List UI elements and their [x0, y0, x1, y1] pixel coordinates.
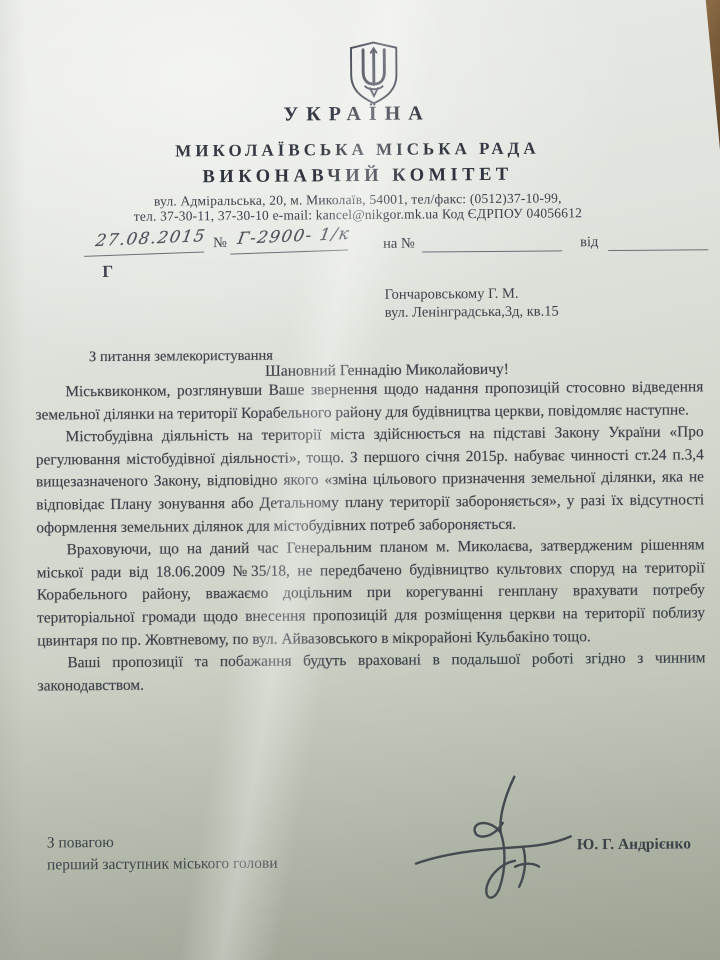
signer-title: перший заступник міського голови — [47, 853, 278, 877]
reply-number-label: на № — [383, 236, 415, 253]
number-label: № — [213, 235, 227, 252]
date-underline — [84, 252, 204, 258]
from-label: від — [580, 234, 598, 251]
reply-number-underline — [422, 250, 562, 252]
addressee-name: Гончаровському Г. М. — [384, 285, 518, 305]
ukraine-coat-of-arms-icon — [348, 40, 401, 106]
signature-closing: З повагою — [47, 832, 114, 855]
subject-line: З питання землекористування — [89, 347, 273, 367]
letterhead-organization: МИКОЛАЇВСЬКА МІСЬКА РАДА — [0, 137, 717, 163]
addressee-address: вул. Ленінградська,3д, кв.15 — [385, 302, 559, 322]
address-zone-corner-mark: Г — [102, 262, 113, 282]
handwritten-number: Г-2900- 1/к — [236, 224, 352, 248]
signer-name: Ю. Г. Андрієнко — [577, 835, 691, 854]
body-paragraph-2: Містобудівна діяльність на території міс… — [36, 421, 705, 539]
from-underline — [608, 249, 708, 251]
letterhead-department: ВИКОНАВЧИЙ КОМІТЕТ — [0, 163, 718, 190]
letter-photo: УКРАЇНА МИКОЛАЇВСЬКА МІСЬКА РАДА ВИКОНАВ… — [0, 0, 720, 960]
letterhead-country: УКРАЇНА — [0, 100, 717, 129]
handwritten-signature — [410, 770, 586, 911]
number-underline — [230, 249, 348, 255]
body-paragraph-1: Міськвиконком, розглянувши Ваше зверненн… — [35, 376, 703, 426]
handwritten-date: 27.08.2015 — [94, 226, 207, 250]
letter-body: Міськвиконком, розглянувши Ваше зверненн… — [35, 376, 705, 698]
body-paragraph-3: Враховуючи, що на даний час Генеральним … — [36, 534, 705, 652]
body-paragraph-4: Ваші пропозиції та побажання будуть врах… — [37, 647, 705, 697]
letter-sheet: УКРАЇНА МИКОЛАЇВСЬКА МІСЬКА РАДА ВИКОНАВ… — [0, 0, 720, 960]
